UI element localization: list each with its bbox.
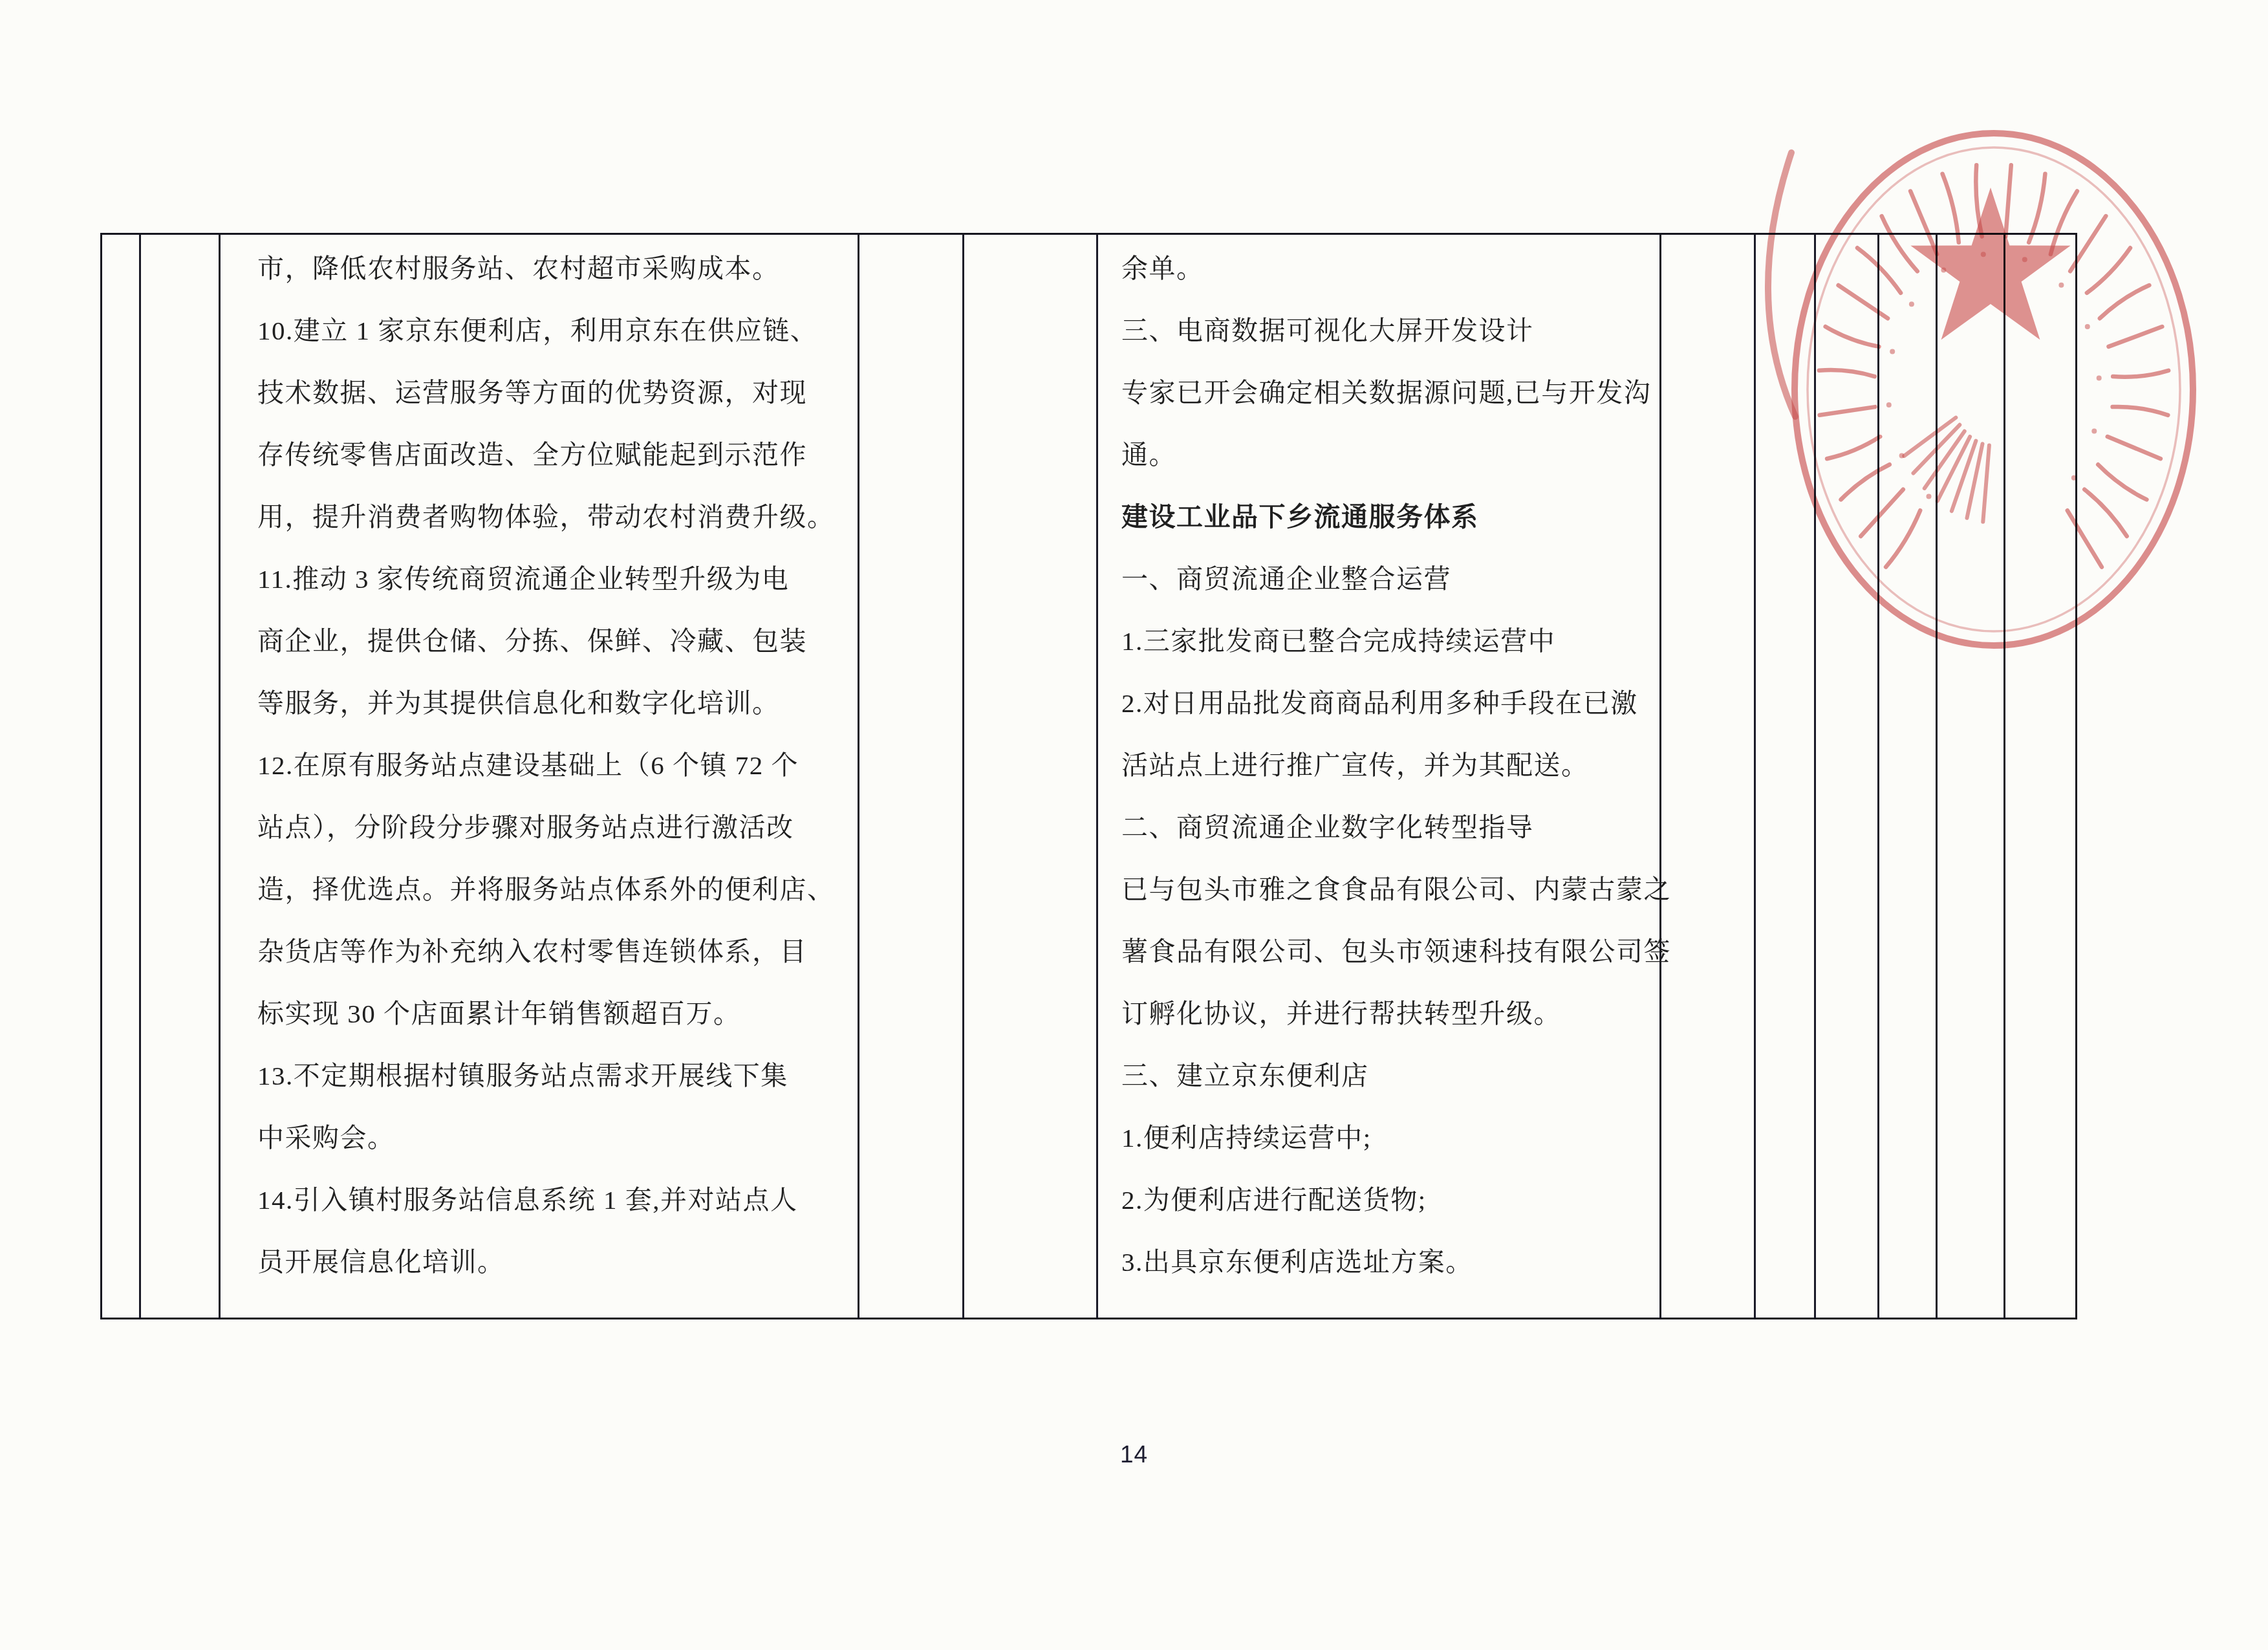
column-divider: [1877, 235, 1879, 1318]
text-line: 已与包头市雅之食食品有限公司、内蒙古蒙之: [1121, 858, 1668, 920]
text-line: 存传统零售店面改造、全方位赋能起到示范作: [257, 424, 862, 486]
text-line: 中采购会。: [257, 1107, 862, 1169]
text-line: 市，降低农村服务站、农村超市采购成本。: [257, 237, 862, 299]
text-line: 2.对日用品批发商商品利用多种手段在已激: [1121, 672, 1668, 734]
column-divider: [1936, 235, 1938, 1318]
text-line: 杂货店等作为补充纳入农村零售连锁体系，目: [257, 920, 862, 982]
text-line: 三、建立京东便利店: [1121, 1045, 1668, 1107]
column-divider: [139, 235, 141, 1318]
column-divider: [1814, 235, 1816, 1318]
text-line: 订孵化协议，并进行帮扶转型升级。: [1121, 982, 1668, 1045]
text-line: 用，提升消费者购物体验，带动农村消费升级。: [257, 486, 862, 548]
column-divider: [219, 235, 221, 1318]
text-line: 技术数据、运营服务等方面的优势资源，对现: [257, 362, 862, 424]
scanned-document-page: 市，降低农村服务站、农村超市采购成本。10.建立 1 家京东便利店，利用京东在供…: [0, 0, 2268, 1650]
text-line: 标实现 30 个店面累计年销售额超百万。: [257, 982, 862, 1045]
text-line: 商企业，提供仓储、分拣、保鲜、冷藏、包装: [257, 610, 862, 672]
column-divider: [1754, 235, 1756, 1318]
text-line: 余单。: [1121, 237, 1668, 299]
left-text-cell: 市，降低农村服务站、农村超市采购成本。10.建立 1 家京东便利店，利用京东在供…: [257, 237, 862, 1293]
column-divider: [962, 235, 964, 1318]
text-line: 二、商贸流通企业数字化转型指导: [1121, 796, 1668, 858]
right-text-cell: 余单。三、电商数据可视化大屏开发设计专家已开会确定相关数据源问题,已与开发沟通。…: [1121, 237, 1668, 1293]
column-divider: [1096, 235, 1098, 1318]
text-line: 站点），分阶段分步骤对服务站点进行激活改: [257, 796, 862, 858]
text-line: 活站点上进行推广宣传，并为其配送。: [1121, 734, 1668, 796]
text-line: 一、商贸流通企业整合运营: [1121, 548, 1668, 610]
report-table: 市，降低农村服务站、农村超市采购成本。10.建立 1 家京东便利店，利用京东在供…: [100, 233, 2077, 1319]
column-divider: [2003, 235, 2005, 1318]
text-line: 专家已开会确定相关数据源问题,已与开发沟: [1121, 362, 1668, 424]
text-line: 14.引入镇村服务站信息系统 1 套,并对站点人: [257, 1169, 862, 1231]
text-line: 3.出具京东便利店选址方案。: [1121, 1231, 1668, 1293]
text-line: 薯食品有限公司、包头市领速科技有限公司签: [1121, 920, 1668, 982]
text-line: 1.三家批发商已整合完成持续运营中: [1121, 610, 1668, 672]
text-line: 通。: [1121, 424, 1668, 486]
text-line: 1.便利店持续运营中;: [1121, 1107, 1668, 1169]
page-number: 14: [0, 1441, 2268, 1468]
text-line: 造，择优选点。并将服务站点体系外的便利店、: [257, 858, 862, 920]
text-line: 10.建立 1 家京东便利店，利用京东在供应链、: [257, 299, 862, 362]
text-line: 2.为便利店进行配送货物;: [1121, 1169, 1668, 1231]
text-line: 13.不定期根据村镇服务站点需求开展线下集: [257, 1045, 862, 1107]
text-line: 三、电商数据可视化大屏开发设计: [1121, 299, 1668, 362]
text-line: 员开展信息化培训。: [257, 1231, 862, 1293]
text-line: 等服务，并为其提供信息化和数字化培训。: [257, 672, 862, 734]
text-line: 建设工业品下乡流通服务体系: [1121, 486, 1668, 548]
text-line: 12.在原有服务站点建设基础上（6 个镇 72 个: [257, 734, 862, 796]
text-line: 11.推动 3 家传统商贸流通企业转型升级为电: [257, 548, 862, 610]
